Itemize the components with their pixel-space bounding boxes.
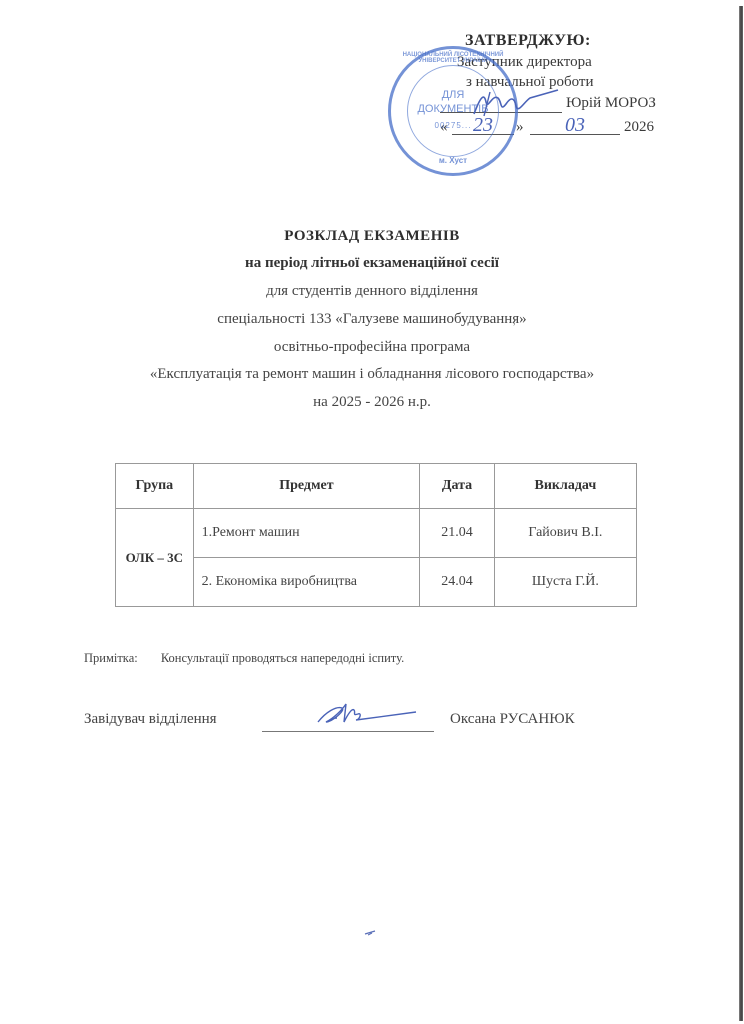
date-cell: 21.04 — [420, 509, 495, 558]
ink-blot-icon — [364, 930, 376, 936]
document-line-academic-year: на 2025 - 2026 н.р. — [0, 394, 744, 411]
document-line-program-type: освітньо-професійна програма — [0, 339, 744, 356]
note: Примітка: Консультації проводяться напер… — [84, 651, 404, 666]
stamp-ring-text: НАЦІОНАЛЬНИЙ ЛІСОТЕХНІЧНИЙ УНІВЕРСИТЕТ У… — [391, 52, 515, 64]
director-signature-icon — [470, 88, 560, 118]
signoff-name: Оксана РУСАНЮК — [450, 711, 575, 728]
teacher-cell: Гайович В.І. — [494, 509, 636, 558]
document-line-program-name: «Експлуатація та ремонт машин і обладнан… — [0, 366, 744, 383]
teacher-cell: Шуста Г.Й. — [494, 558, 636, 607]
exam-schedule-table: Група Предмет Дата Викладач ОЛК – 3С 1.Р… — [115, 463, 637, 607]
note-text: Консультації проводяться напередодні ісп… — [161, 651, 404, 665]
subject-cell: 1.Ремонт машин — [193, 509, 420, 558]
date-year: 2026 — [624, 116, 654, 138]
date-cell: 24.04 — [420, 558, 495, 607]
approval-name: Юрій МОРОЗ — [566, 92, 656, 114]
table-row: ОЛК – 3С 1.Ремонт машин 21.04 Гайович В.… — [116, 509, 637, 558]
stamp-code: 00275... — [391, 121, 515, 130]
note-label: Примітка: — [84, 651, 138, 665]
subject-cell: 2. Економіка виробництва — [193, 558, 420, 607]
table-row: 2. Економіка виробництва 24.04 Шуста Г.Й… — [116, 558, 637, 607]
approval-title: ЗАТВЕРДЖУЮ: — [465, 30, 591, 52]
document-line-specialty: спеціальності 133 «Галузеве машинобудува… — [0, 311, 744, 328]
document-title: РОЗКЛАД ЕКЗАМЕНІВ — [0, 228, 744, 245]
table-header-row: Група Предмет Дата Викладач — [116, 464, 637, 509]
column-header-group: Група — [116, 464, 194, 509]
head-signature-icon — [312, 700, 422, 726]
scan-speck: , — [513, 316, 516, 327]
column-header-subject: Предмет — [193, 464, 420, 509]
signoff-role: Завідувач відділення — [84, 711, 217, 728]
stamp-city: м. Хуст — [391, 156, 515, 165]
group-cell: ОЛК – 3С — [116, 509, 194, 607]
scan-edge — [739, 6, 743, 1021]
column-header-date: Дата — [420, 464, 495, 509]
document-subtitle: на період літньої екзаменаційної сесії — [0, 255, 744, 272]
column-header-teacher: Викладач — [494, 464, 636, 509]
document-line-students: для студентів денного відділення — [0, 283, 744, 300]
